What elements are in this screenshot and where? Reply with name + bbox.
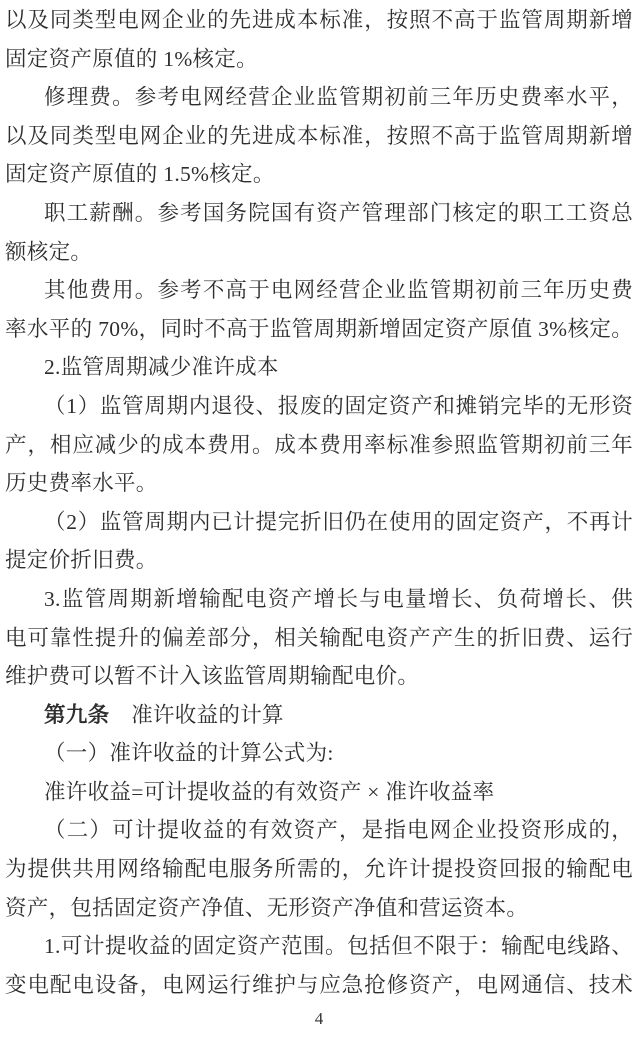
text-line: 额核定。 [5,233,633,272]
text-segment: 历史费率水平。 [5,471,158,495]
text-line: 产，相应减少的成本费用。成本费用率标准参照监管期初前三年 [5,426,633,465]
text-line: 固定资产原值的 1.5%核定。 [5,155,633,194]
text-segment: 固定资产原值的 1%核定。 [5,47,258,71]
text-line: 率水平的 70%，同时不高于监管周期新增固定资产原值 3%核定。 [5,310,633,349]
text-line: 提定价折旧费。 [5,541,633,580]
text-line: （2）监管周期内已计提完折旧仍在使用的固定资产，不再计 [5,503,633,542]
text-segment: 职工薪酬。参考国务院国有资产管理部门核定的职工工资总 [44,201,633,225]
text-line: （二）可计提收益的有效资产，是指电网企业投资形成的， [5,811,633,850]
text-segment: 1.可计提收益的固定资产范围。包括但不限于：输配电线路、 [44,934,633,958]
article-heading-line: 第九条 准许收益的计算 [5,696,633,735]
text-line: 历史费率水平。 [5,464,633,503]
text-line: 其他费用。参考不高于电网经营企业监管期初前三年历史费 [5,271,633,310]
text-segment: 率水平的 70%，同时不高于监管周期新增固定资产原值 3%核定。 [5,317,633,341]
article-number: 第九条 [44,703,109,727]
text-line: 变电配电设备，电网运行维护与应急抢修资产，电网通信、技术 [5,966,633,1005]
text-segment: （1）监管周期内退役、报废的固定资产和摊销完毕的无形资 [44,394,633,418]
text-line: （1）监管周期内退役、报废的固定资产和摊销完毕的无形资 [5,387,633,426]
text-line: 准许收益=可计提收益的有效资产 × 准许收益率 [5,773,633,812]
text-segment: 资产，包括固定资产净值、无形资产净值和营运资本。 [5,896,528,920]
text-line: （一）准许收益的计算公式为: [5,734,633,773]
text-line: 以及同类型电网企业的先进成本标准，按照不高于监管周期新增 [5,117,633,156]
text-line: 资产，包括固定资产净值、无形资产净值和营运资本。 [5,889,633,928]
text-segment: 产，相应减少的成本费用。成本费用率标准参照监管期初前三年 [5,433,633,457]
text-segment: 提定价折旧费。 [5,548,158,572]
text-line: 1.可计提收益的固定资产范围。包括但不限于：输配电线路、 [5,927,633,966]
document-body: 以及同类型电网企业的先进成本标准，按照不高于监管周期新增固定资产原值的 1%核定… [5,1,633,1004]
text-segment: （二）可计提收益的有效资产，是指电网企业投资形成的， [44,818,633,842]
text-segment: 为提供共用网络输配电服务所需的，允许计提投资回报的输配电 [5,857,633,881]
text-segment: 固定资产原值的 1.5%核定。 [5,162,275,186]
text-line: 2.监管周期减少准许成本 [5,348,633,387]
text-segment: 准许收益的计算 [109,703,283,727]
text-segment: 其他费用。参考不高于电网经营企业监管期初前三年历史费 [44,278,633,302]
text-segment: 准许收益=可计提收益的有效资产 × 准许收益率 [44,780,494,804]
text-line: 固定资产原值的 1%核定。 [5,40,633,79]
text-segment: （2）监管周期内已计提完折旧仍在使用的固定资产，不再计 [44,510,633,534]
text-line: 维护费可以暂不计入该监管周期输配电价。 [5,657,633,696]
text-segment: 2.监管周期减少准许成本 [44,355,279,379]
text-segment: 维护费可以暂不计入该监管周期输配电价。 [5,664,419,688]
text-segment: 3.监管周期新增输配电资产增长与电量增长、负荷增长、供 [44,587,633,611]
text-line: 职工薪酬。参考国务院国有资产管理部门核定的职工工资总 [5,194,633,233]
text-segment: 额核定。 [5,240,92,264]
text-segment: 电可靠性提升的偏差部分，相关输配电资产产生的折旧费、运行 [5,626,633,650]
text-line: 3.监管周期新增输配电资产增长与电量增长、负荷增长、供 [5,580,633,619]
text-segment: 以及同类型电网企业的先进成本标准，按照不高于监管周期新增 [5,8,633,32]
document-page: 以及同类型电网企业的先进成本标准，按照不高于监管周期新增固定资产原值的 1%核定… [0,0,640,1045]
text-segment: 变电配电设备，电网运行维护与应急抢修资产，电网通信、技术 [5,973,633,997]
text-line: 为提供共用网络输配电服务所需的，允许计提投资回报的输配电 [5,850,633,889]
text-segment: 修理费。参考电网经营企业监管期初前三年历史费率水平， [44,85,633,109]
text-line: 修理费。参考电网经营企业监管期初前三年历史费率水平， [5,78,633,117]
text-segment: 以及同类型电网企业的先进成本标准，按照不高于监管周期新增 [5,124,633,148]
page-number: 4 [5,1007,633,1031]
text-line: 以及同类型电网企业的先进成本标准，按照不高于监管周期新增 [5,1,633,40]
text-line: 电可靠性提升的偏差部分，相关输配电资产产生的折旧费、运行 [5,619,633,658]
text-segment: （一）准许收益的计算公式为: [44,741,334,765]
